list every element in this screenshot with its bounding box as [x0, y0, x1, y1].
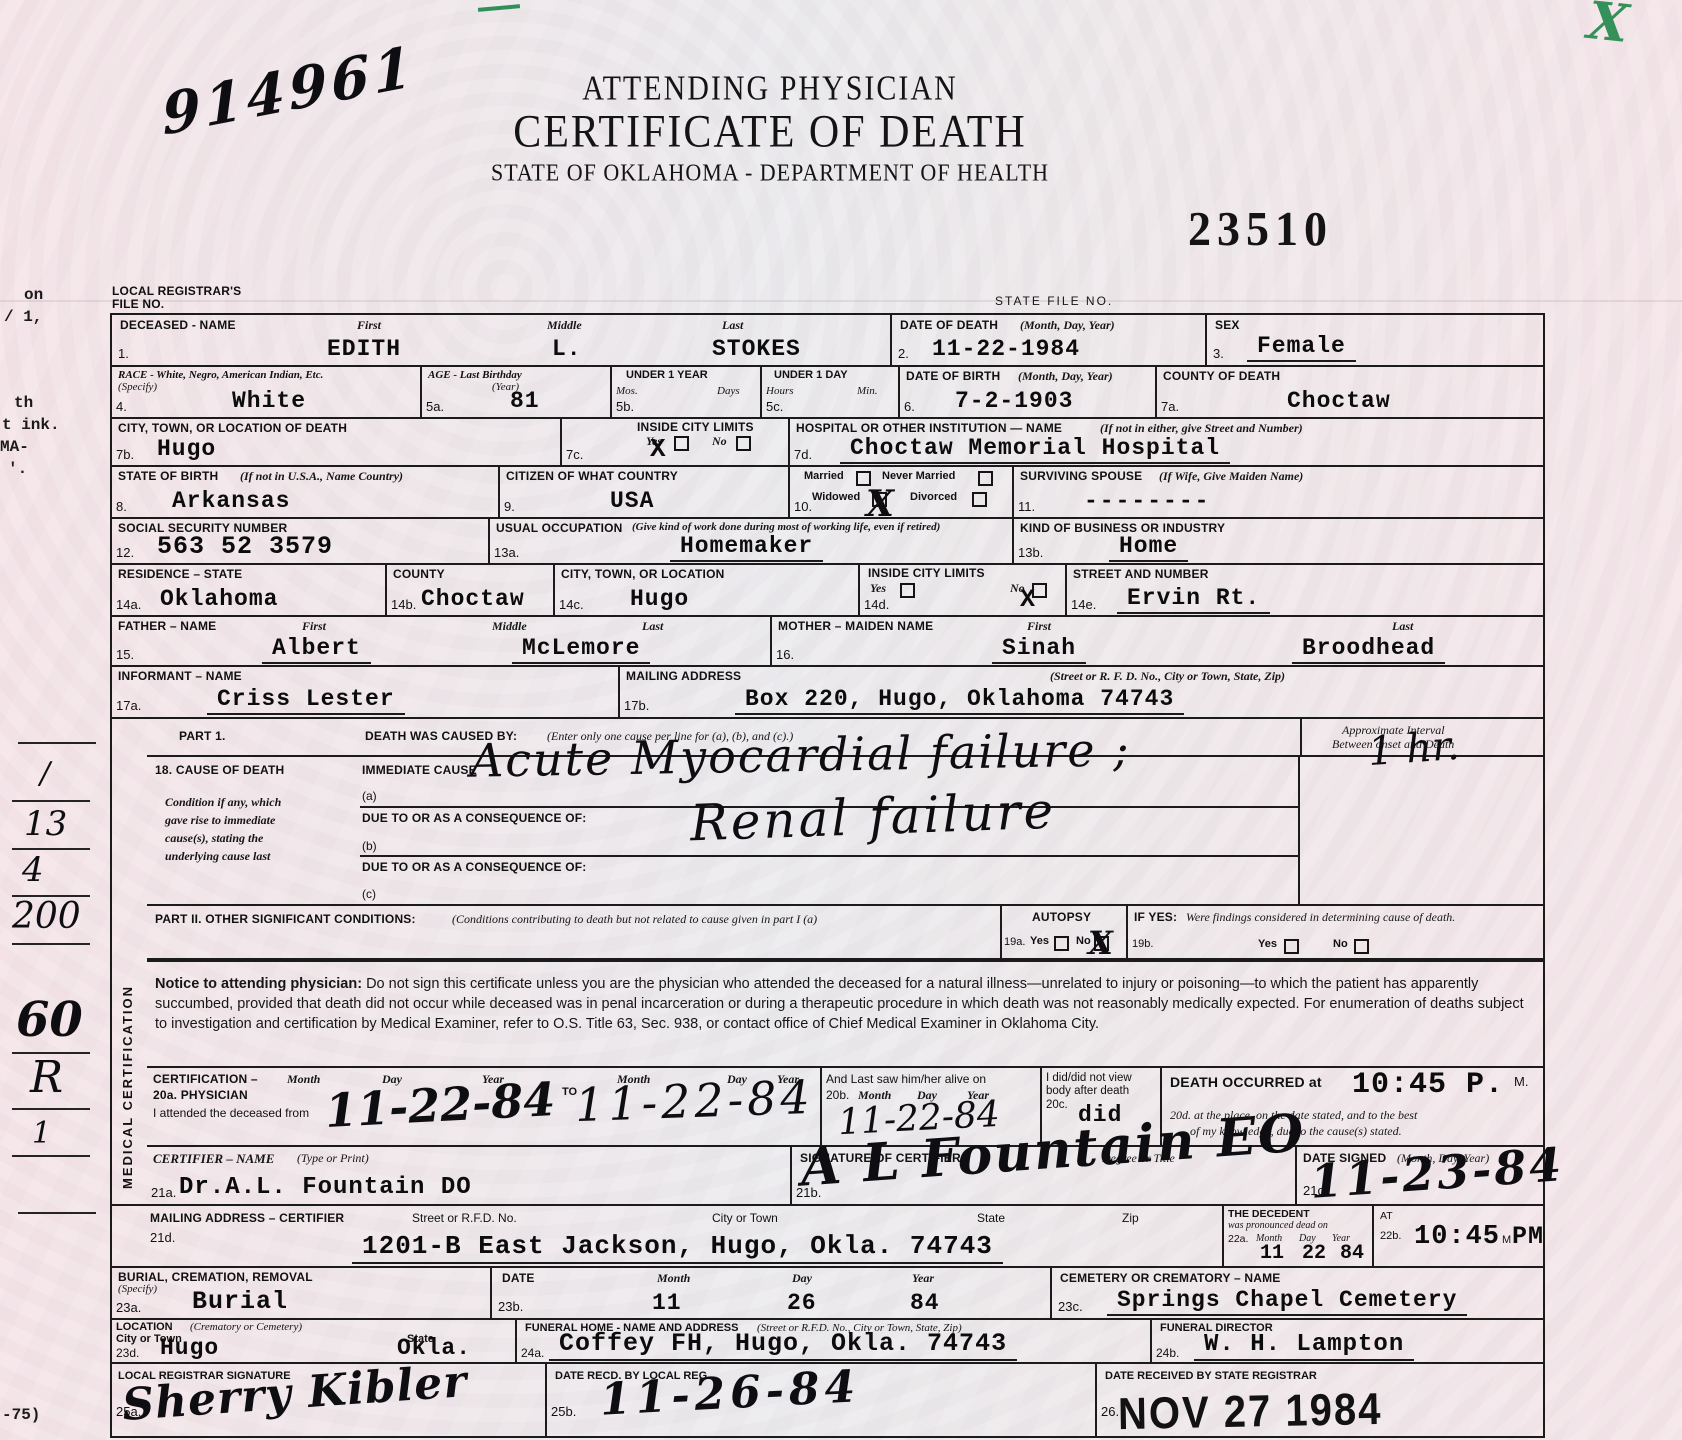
field-number: 5b.: [616, 399, 634, 414]
field-number: 15.: [116, 647, 134, 662]
field-label: CITY, TOWN, OR LOCATION: [561, 567, 724, 581]
state-file-no-label: STATE FILE NO.: [995, 294, 1113, 308]
occupation-value: Homemaker: [670, 533, 823, 562]
view-label-1: I did/did not view: [1046, 1072, 1132, 1084]
autopsy-label: AUTOPSY: [1032, 910, 1091, 924]
field-label: COUNTY OF DEATH: [1163, 369, 1280, 383]
deceased-last-name: STOKES: [712, 336, 801, 362]
field-label: DATE OF DEATH: [900, 318, 998, 332]
field-number: 23a.: [116, 1300, 141, 1315]
margin-rule: [12, 800, 90, 802]
field-number: 2.: [898, 346, 909, 361]
field-number: 24b.: [1156, 1346, 1179, 1360]
never-married-checkbox: [978, 471, 993, 486]
notice-lead: Notice to attending physician:: [155, 976, 362, 992]
margin-fragment: '.: [8, 460, 27, 478]
margin-rule: [12, 1155, 90, 1157]
field-number: 22a.: [1228, 1233, 1248, 1245]
field-label: COUNTY: [393, 567, 445, 581]
yes-option: Yes: [1030, 935, 1049, 947]
field-label: FATHER – NAME: [118, 619, 216, 633]
never-married-option: Never Married: [882, 470, 955, 482]
interval-column-divider: [1298, 757, 1300, 904]
column-header-last: Last: [1392, 619, 1413, 634]
decedent-label: THE DECEDENT: [1228, 1208, 1310, 1220]
field-number: 10.: [794, 499, 812, 514]
if-yes-label: IF YES:: [1134, 910, 1177, 924]
month-header: Month: [657, 1271, 690, 1286]
pronounced-day: 22: [1302, 1242, 1326, 1265]
part2-label: PART II. OTHER SIGNIFICANT CONDITIONS:: [155, 912, 416, 926]
location-label: LOCATION: [116, 1321, 173, 1333]
column-header-first: First: [1027, 619, 1051, 634]
medical-certification-side-label: MEDICAL CERTIFICATION: [120, 829, 135, 1189]
field-number: 7d.: [794, 447, 812, 462]
field-under-1-year: UNDER 1 YEAR Mos. Days 5b.: [610, 365, 760, 417]
field-label: MOTHER – MAIDEN NAME: [778, 619, 933, 633]
line-b-label: (b): [362, 839, 377, 853]
married-option: Married: [804, 470, 844, 482]
sex-value: Female: [1247, 333, 1356, 362]
line-b-rule: [360, 855, 1300, 857]
inside-city-limits-mark: X: [650, 434, 667, 464]
residence-icl-mark: X: [1020, 585, 1036, 614]
field-state-of-birth: STATE OF BIRTH (If not in U.S.A., Name C…: [110, 465, 498, 517]
field-usual-occupation: USUAL OCCUPATION (Give kind of work done…: [488, 517, 1012, 563]
title-line-1: ATTENDING PHYSICIAN: [420, 69, 1120, 108]
field-number: 14a.: [116, 597, 141, 612]
margin-fragment: t ink.: [2, 416, 60, 434]
field-label: CITIZEN OF WHAT COUNTRY: [506, 469, 678, 483]
citizen-value: USA: [610, 488, 654, 514]
field-number: 23d.: [116, 1346, 139, 1360]
field-inside-city-limits-death: INSIDE CITY LIMITS Yes No 7c. X: [560, 417, 788, 465]
divorced-checkbox: [972, 492, 987, 507]
burial-year-value: 84: [910, 1290, 940, 1316]
attended-from-label: I attended the deceased from: [153, 1106, 309, 1120]
field-number: 4.: [116, 399, 127, 414]
margin-rule: [12, 1108, 90, 1110]
yes-checkbox: [900, 583, 915, 598]
margin-fragment: / 1,: [4, 308, 42, 326]
field-sublabel: (If not in U.S.A., Name Country): [240, 469, 403, 484]
due-to-label-2: DUE TO OR AS A CONSEQUENCE OF:: [362, 860, 586, 874]
location-sublabel: (Crematory or Cemetery): [190, 1321, 302, 1333]
title-line-3: STATE OF OKLAHOMA - DEPARTMENT OF HEALTH: [420, 159, 1120, 188]
yes-option: Yes: [870, 581, 886, 596]
sublabel-days: Days: [717, 385, 740, 397]
margin-tally: 60: [16, 992, 83, 1048]
field-ssn: SOCIAL SECURITY NUMBER 12. 563 52 3579: [110, 517, 488, 563]
title-line-2: CERTIFICATE OF DEATH: [420, 105, 1120, 159]
field-number: 14d.: [864, 597, 889, 612]
mother-last-name: Broodhead: [1292, 635, 1445, 664]
field-number: 14e.: [1071, 597, 1096, 612]
field-label: AGE - Last Birthday: [428, 369, 522, 381]
burial-month-value: 11: [652, 1290, 682, 1316]
form-title-block: ATTENDING PHYSICIAN CERTIFICATE OF DEATH…: [420, 72, 1120, 186]
residence-city-value: Hugo: [630, 586, 689, 612]
death-time-value: 10:45 P.: [1352, 1068, 1504, 1102]
field-number: 11.: [1018, 499, 1035, 514]
field-label: CITY, TOWN, OR LOCATION OF DEATH: [118, 421, 347, 435]
margin-bottom-fragment: -75): [2, 1406, 40, 1424]
pronounced-month: 11: [1260, 1242, 1284, 1265]
line-a-label: (a): [362, 789, 377, 803]
state-registrar-date-stamp: NOV 27 1984: [1118, 1385, 1383, 1440]
decedent-sublabel: was pronounced dead on: [1228, 1220, 1328, 1231]
field-number: 19b.: [1132, 938, 1153, 950]
field-label: UNDER 1 DAY: [774, 369, 848, 381]
sublabel-hours: Hours: [766, 385, 794, 397]
field-number: 13b.: [1018, 545, 1043, 560]
burial-day-value: 26: [787, 1290, 817, 1316]
field-number: 24a.: [521, 1346, 544, 1360]
ssn-value: 563 52 3579: [157, 532, 333, 561]
part1-label: PART 1.: [179, 729, 226, 743]
field-sublabel: (If not in either, give Street and Numbe…: [1100, 421, 1303, 436]
date-of-death-value: 11-22-1984: [932, 336, 1080, 362]
no-checkbox: [1354, 939, 1369, 954]
column-header-middle: Middle: [492, 619, 527, 634]
green-x-mark: X: [1585, 0, 1632, 55]
field-label: RESIDENCE – STATE: [118, 567, 242, 581]
field-label: STREET AND NUMBER: [1073, 567, 1209, 581]
cause-note-line1: Condition if any, which: [165, 795, 281, 810]
local-registrar-file-label-2: FILE NO.: [112, 297, 164, 311]
field-label: SEX: [1215, 318, 1240, 332]
field-city-of-death: CITY, TOWN, OR LOCATION OF DEATH 7b. Hug…: [110, 417, 560, 465]
field-under-1-day: UNDER 1 DAY Hours Min. 5c.: [760, 365, 898, 417]
field-number: 13a.: [494, 545, 519, 560]
field-sublabel: (Specify): [118, 381, 157, 393]
cause-of-death-label: 18. CAUSE OF DEATH: [155, 763, 284, 777]
field-cemetery-name: CEMETERY OR CREMATORY – NAME 23c. Spring…: [1050, 1266, 1545, 1318]
field-number: 25b.: [551, 1404, 576, 1419]
field-sublabel: (Give kind of work done during most of w…: [632, 521, 940, 533]
field-number: 19a.: [1004, 936, 1025, 948]
time-pm-value: PM: [1512, 1222, 1544, 1251]
part2-other-conditions: PART II. OTHER SIGNIFICANT CONDITIONS: (…: [147, 904, 1000, 958]
field-residence-county: COUNTY 14b. Choctaw: [385, 563, 553, 615]
field-label: MAILING ADDRESS: [626, 669, 741, 683]
column-header-first: First: [357, 318, 381, 333]
pronounced-time-value: 10:45: [1414, 1222, 1500, 1252]
burial-label: BURIAL, CREMATION, REMOVAL: [118, 1270, 313, 1284]
yes-option: Yes: [1258, 938, 1277, 950]
deceased-middle-name: L.: [552, 336, 582, 362]
autopsy-no-x-mark: X: [1088, 924, 1113, 962]
field-burial-location: LOCATION (Crematory or Cemetery) City or…: [110, 1318, 515, 1362]
local-registrar-file-label-1: LOCAL REGISTRAR'S: [112, 284, 241, 298]
field-sublabel: (If Wife, Give Maiden Name): [1159, 469, 1303, 484]
if-yes-sublabel: Were findings considered in determining …: [1186, 910, 1536, 925]
field-number: 23b.: [498, 1299, 523, 1314]
residence-county-value: Choctaw: [421, 586, 525, 612]
field-certifier-mailing-address: MAILING ADDRESS – CERTIFIER Street or R.…: [110, 1204, 1222, 1266]
death-time-meridiem: M.: [1514, 1074, 1528, 1089]
race-value: White: [232, 388, 306, 414]
field-number: 20c.: [1046, 1099, 1068, 1111]
at-label: AT: [1380, 1210, 1393, 1222]
field-label: INSIDE CITY LIMITS: [637, 420, 754, 434]
day-header: Day: [792, 1271, 812, 1286]
green-pen-mark: [478, 4, 520, 12]
column-header-last: Last: [722, 318, 743, 333]
field-label: SURVIVING SPOUSE: [1020, 469, 1142, 483]
field-deceased-name: DECEASED - NAME First Middle Last 1. EDI…: [110, 313, 890, 365]
date-of-birth-value: 7-2-1903: [955, 388, 1073, 414]
field-date-of-birth: DATE OF BIRTH (Month, Day, Year) 6. 7-2-…: [898, 365, 1155, 417]
column-header-first: First: [302, 619, 326, 634]
field-county-of-death: COUNTY OF DEATH 7a. Choctaw: [1155, 365, 1545, 417]
column-header-middle: Middle: [547, 318, 582, 333]
margin-tally: 200: [12, 896, 81, 937]
city-header: City or Town: [712, 1211, 778, 1225]
field-pronounced-dead-on: THE DECEDENT was pronounced dead on 22a.…: [1222, 1204, 1372, 1266]
handwritten-attended-to-date: 11-22-84: [574, 1070, 814, 1132]
margin-tally: 13: [24, 804, 67, 844]
field-father-name: FATHER – NAME First Middle Last 15. Albe…: [110, 615, 770, 665]
margin-rule: [12, 943, 90, 945]
informant-value: Criss Lester: [207, 686, 405, 715]
funeral-director-value: W. H. Lampton: [1194, 1331, 1414, 1361]
certification-label: CERTIFICATION –: [153, 1072, 258, 1086]
column-header-last: Last: [642, 619, 663, 634]
margin-fragment: on: [24, 286, 43, 304]
physician-label: 20a. PHYSICIAN: [153, 1088, 248, 1102]
certifier-mailing-value: 1201-B East Jackson, Hugo, Okla. 74743: [352, 1231, 1003, 1264]
medical-certification-side-strip: MEDICAL CERTIFICATION: [110, 717, 147, 1204]
burial-sublabel: (Specify): [118, 1283, 157, 1295]
surviving-spouse-value: --------: [1084, 488, 1210, 514]
street-value: Ervin Rt.: [1117, 585, 1270, 614]
field-citizen-of-country: CITIZEN OF WHAT COUNTRY 9. USA: [498, 465, 788, 517]
field-race: RACE - White, Negro, American Indian, Et…: [110, 365, 420, 417]
location-city-value: Hugo: [160, 1335, 219, 1361]
field-surviving-spouse: SURVIVING SPOUSE (If Wife, Give Maiden N…: [1012, 465, 1545, 517]
father-last-name: McLemore: [512, 635, 650, 664]
field-number: 7c.: [566, 447, 583, 462]
death-certificate-page: 914961 ATTENDING PHYSICIAN CERTIFICATE O…: [0, 0, 1682, 1440]
margin-tally: R: [30, 1052, 63, 1103]
field-number: 20b.: [826, 1088, 849, 1102]
field-informant-name: INFORMANT – NAME 17a. Criss Lester: [110, 665, 618, 717]
field-number: 9.: [504, 499, 515, 514]
mailing-certifier-label: MAILING ADDRESS – CERTIFIER: [150, 1211, 344, 1225]
city-of-death-value: Hugo: [157, 436, 216, 462]
field-number: 21a.: [151, 1185, 176, 1200]
field-number: 7b.: [116, 447, 134, 462]
handwritten-file-number: 914961: [161, 33, 418, 149]
state-of-birth-value: Arkansas: [172, 488, 290, 514]
margin-rule: [18, 1212, 96, 1214]
field-hospital: HOSPITAL OR OTHER INSTITUTION — NAME (If…: [788, 417, 1545, 465]
death-occurred-label: DEATH OCCURRED at: [1170, 1074, 1322, 1090]
margin-rule: [18, 742, 96, 744]
county-of-death-value: Choctaw: [1287, 388, 1391, 414]
funeral-home-value: Coffey FH, Hugo, Okla. 74743: [549, 1329, 1017, 1361]
time-m-marker: M: [1502, 1234, 1511, 1246]
field-number: 26.: [1101, 1404, 1119, 1419]
field-certifier-name: CERTIFIER – NAME (Type or Print) 21a. Dr…: [147, 1145, 790, 1204]
yes-checkbox: [674, 436, 689, 451]
field-kind-of-business: KIND OF BUSINESS OR INDUSTRY 13b. Home: [1012, 517, 1545, 563]
field-label: INSIDE CITY LIMITS: [868, 566, 985, 580]
burial-value: Burial: [192, 1287, 288, 1316]
widowed-option: Widowed: [812, 491, 860, 503]
margin-tally: 1: [32, 1116, 51, 1151]
field-number: 17b.: [624, 698, 649, 713]
field-marital-status: Married Never Married Widowed Divorced 1…: [788, 465, 1012, 517]
mother-first-name: Sinah: [992, 635, 1086, 664]
pronounced-year: 84: [1340, 1242, 1364, 1265]
age-value: 81: [510, 388, 540, 414]
margin-tally: 4: [22, 850, 44, 890]
field-funeral-home: FUNERAL HOME - NAME AND ADDRESS (Street …: [515, 1318, 1150, 1362]
no-option: No: [712, 434, 727, 449]
yes-checkbox: [1054, 936, 1069, 951]
mailing-address-value: Box 220, Hugo, Oklahoma 74743: [735, 686, 1184, 715]
field-number: 5c.: [766, 399, 783, 414]
hospital-value: Choctaw Memorial Hospital: [840, 435, 1230, 464]
field-label: INFORMANT – NAME: [118, 669, 242, 683]
certifier-label: CERTIFIER – NAME: [153, 1151, 274, 1167]
field-label: USUAL OCCUPATION: [496, 521, 623, 535]
yes-checkbox: [1284, 939, 1299, 954]
margin-tally: /: [40, 756, 50, 791]
handwritten-cause-a: Acute Myocardial failure ;: [470, 722, 1131, 788]
field-residence-city: CITY, TOWN, OR LOCATION 14c. Hugo: [553, 563, 858, 615]
margin-fragment: th: [14, 394, 33, 412]
field-label: UNDER 1 YEAR: [626, 369, 708, 381]
field-number: 22b.: [1380, 1230, 1401, 1242]
field-number: 14b.: [391, 597, 416, 612]
father-first-name: Albert: [262, 635, 371, 664]
field-burial-date: DATE Month Day Year 23b. 11 26 84: [490, 1266, 1050, 1318]
field-if-yes-findings: IF YES: Were findings considered in dete…: [1126, 904, 1545, 958]
cause-note-line4: underlying cause last: [165, 849, 270, 864]
field-pronounced-dead-time: AT 22b. 10:45 M PM: [1372, 1204, 1545, 1266]
field-date-of-death: DATE OF DEATH (Month, Day, Year) 2. 11-2…: [890, 313, 1205, 365]
field-sublabel: (Month, Day, Year): [1020, 318, 1115, 333]
field-label: RACE - White, Negro, American Indian, Et…: [118, 369, 323, 381]
deceased-first-name: EDITH: [327, 336, 401, 362]
field-number: 3.: [1213, 346, 1224, 361]
field-number: 14c.: [559, 597, 584, 612]
margin-fragment: MA-: [0, 438, 29, 456]
year-header: Year: [912, 1271, 934, 1286]
certificate-number-stamp: 23510: [1188, 201, 1333, 257]
field-number: 6.: [904, 399, 915, 414]
business-value: Home: [1109, 533, 1188, 562]
sublabel-min: Min.: [857, 385, 877, 397]
field-number: 7a.: [1161, 399, 1179, 414]
line-c-label: (c): [362, 887, 376, 901]
state-header: State: [977, 1211, 1005, 1225]
field-number: 16.: [776, 647, 794, 662]
last-saw-label: And Last saw him/her alive on: [826, 1072, 986, 1086]
field-residence-inside-city-limits: INSIDE CITY LIMITS Yes No 14d. X: [858, 563, 1065, 615]
certifier-sublabel: (Type or Print): [297, 1151, 369, 1166]
field-funeral-director: FUNERAL DIRECTOR 24b. W. H. Lampton: [1150, 1318, 1545, 1362]
field-mother-maiden-name: MOTHER – MAIDEN NAME First Last 16. Sina…: [770, 615, 1545, 665]
field-autopsy: AUTOPSY 19a. Yes No X: [1000, 904, 1126, 958]
field-street-and-number: STREET AND NUMBER 14e. Ervin Rt.: [1065, 563, 1545, 615]
month-header-1: Month: [287, 1072, 320, 1087]
fold-crease: [0, 300, 1682, 302]
field-sublabel: (Month, Day, Year): [1018, 369, 1113, 384]
field-informant-mailing-address: MAILING ADDRESS (Street or R. F. D. No.,…: [618, 665, 1545, 717]
field-age: AGE - Last Birthday (Year) 5a. 81: [420, 365, 610, 417]
due-to-label-1: DUE TO OR AS A CONSEQUENCE OF:: [362, 811, 586, 825]
field-label: STATE OF BIRTH: [118, 469, 218, 483]
divorced-option: Divorced: [910, 491, 957, 503]
cemetery-value: Springs Chapel Cemetery: [1107, 1287, 1467, 1316]
cemetery-label: CEMETERY OR CREMATORY – NAME: [1060, 1271, 1281, 1285]
no-option: No: [1333, 938, 1348, 950]
field-label: HOSPITAL OR OTHER INSTITUTION — NAME: [796, 421, 1062, 435]
date-received-state-label: DATE RECEIVED BY STATE REGISTRAR: [1105, 1370, 1317, 1382]
immediate-cause-label: IMMEDIATE CAUSE: [362, 763, 477, 777]
zip-header: Zip: [1122, 1211, 1139, 1225]
field-number: 5a.: [426, 399, 444, 414]
date-label: DATE: [502, 1271, 535, 1285]
residence-state-value: Oklahoma: [160, 586, 278, 612]
notice-paragraph: Notice to attending physician: Do not si…: [155, 974, 1530, 1034]
field-sublabel: (Street or R. F. D. No., City or Town, S…: [1050, 669, 1285, 684]
field-number: 1.: [118, 346, 129, 361]
cause-note-line3: cause(s), stating the: [165, 831, 263, 846]
field-sex: SEX 3. Female: [1205, 313, 1545, 365]
sublabel-months: Mos.: [616, 385, 638, 397]
field-number: 8.: [116, 499, 127, 514]
field-label: DATE OF BIRTH: [906, 369, 1000, 383]
field-number: 23c.: [1058, 1299, 1083, 1314]
notice-to-physician: Notice to attending physician: Do not si…: [147, 958, 1545, 1066]
view-label-2: body after death: [1046, 1085, 1129, 1097]
field-number: 17a.: [116, 698, 141, 713]
field-number: 12.: [116, 545, 134, 560]
field-burial-cremation-removal: BURIAL, CREMATION, REMOVAL (Specify) 23a…: [110, 1266, 490, 1318]
street-header: Street or R.F.D. No.: [412, 1211, 517, 1225]
no-checkbox: [736, 436, 751, 451]
handwritten-interval-a: 1 hr.: [1367, 723, 1461, 775]
part2-sublabel: (Conditions contributing to death but no…: [452, 912, 817, 927]
field-residence-state: RESIDENCE – STATE 14a. Oklahoma: [110, 563, 385, 615]
certifier-name-value: Dr.A.L. Fountain DO: [179, 1174, 472, 1201]
field-label: DECEASED - NAME: [120, 318, 236, 332]
field-number: 21d.: [150, 1230, 175, 1245]
cause-note-line2: gave rise to immediate: [165, 813, 275, 828]
